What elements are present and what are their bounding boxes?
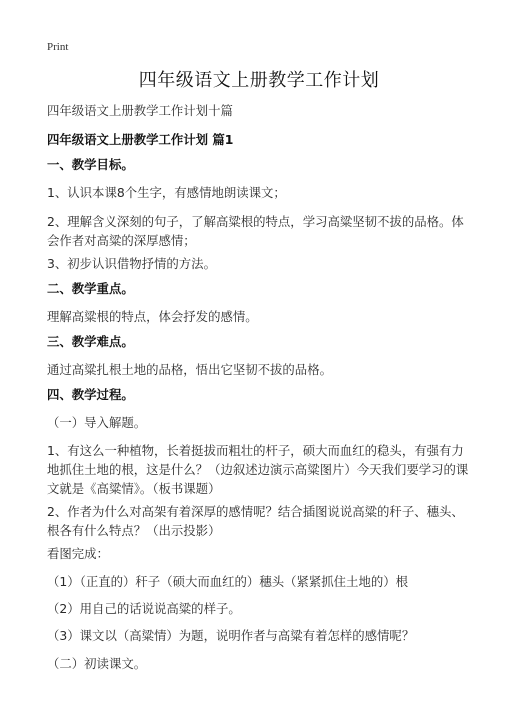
process-item: 1、有这么一种植物，长着挺拔而粗壮的杆子，硕大而血红的稳头，有强有力地抓住土地的… [47, 441, 471, 498]
subtitle: 四年级语文上册教学工作计划十篇 [47, 101, 477, 120]
objective-item: 2、理解含义深刻的句子，了解高粱根的特点，学习高粱坚韧不拔的品格。体会作者对高粱… [47, 212, 469, 250]
print-label: Print [47, 41, 68, 53]
objective-item: 3、初步认识借物抒情的方法。 [47, 254, 477, 273]
article-heading: 四年级语文上册教学工作计划 篇1 [47, 130, 477, 149]
difficulties-text: 通过高粱扎根土地的品格，悟出它坚韧不拔的品格。 [47, 360, 477, 379]
observe-item: （1）（正直的）秆子（硕大而血红的）穗头（紧紧抓住土地的）根 [47, 572, 477, 591]
process-part2-heading: （二）初读课文。 [47, 654, 477, 673]
document-title: 四年级语文上册教学工作计划 [47, 66, 471, 92]
observe-label: 看图完成： [47, 544, 477, 563]
key-points-text: 理解高粱根的特点，体会抒发的感情。 [47, 307, 477, 326]
observe-item: （2）用自己的话说说高粱的样子。 [47, 599, 477, 618]
section-heading-objectives: 一、教学目标。 [47, 155, 477, 174]
process-item: 2、作者为什么对高架有着深厚的感情呢？结合插图说说高粱的秆子、穗头、根各有什么特… [47, 502, 469, 540]
process-part1-heading: （一）导入解题。 [47, 413, 477, 432]
section-heading-difficulties: 三、教学难点。 [47, 332, 477, 351]
observe-item: （3）课文以（高粱情）为题，说明作者与高粱有着怎样的感情呢？ [47, 626, 477, 645]
objective-item: 1、认识本课8个生字，有感情地朗读课文； [47, 183, 477, 202]
section-heading-process: 四、教学过程。 [47, 385, 477, 404]
section-heading-key-points: 二、教学重点。 [47, 279, 477, 298]
